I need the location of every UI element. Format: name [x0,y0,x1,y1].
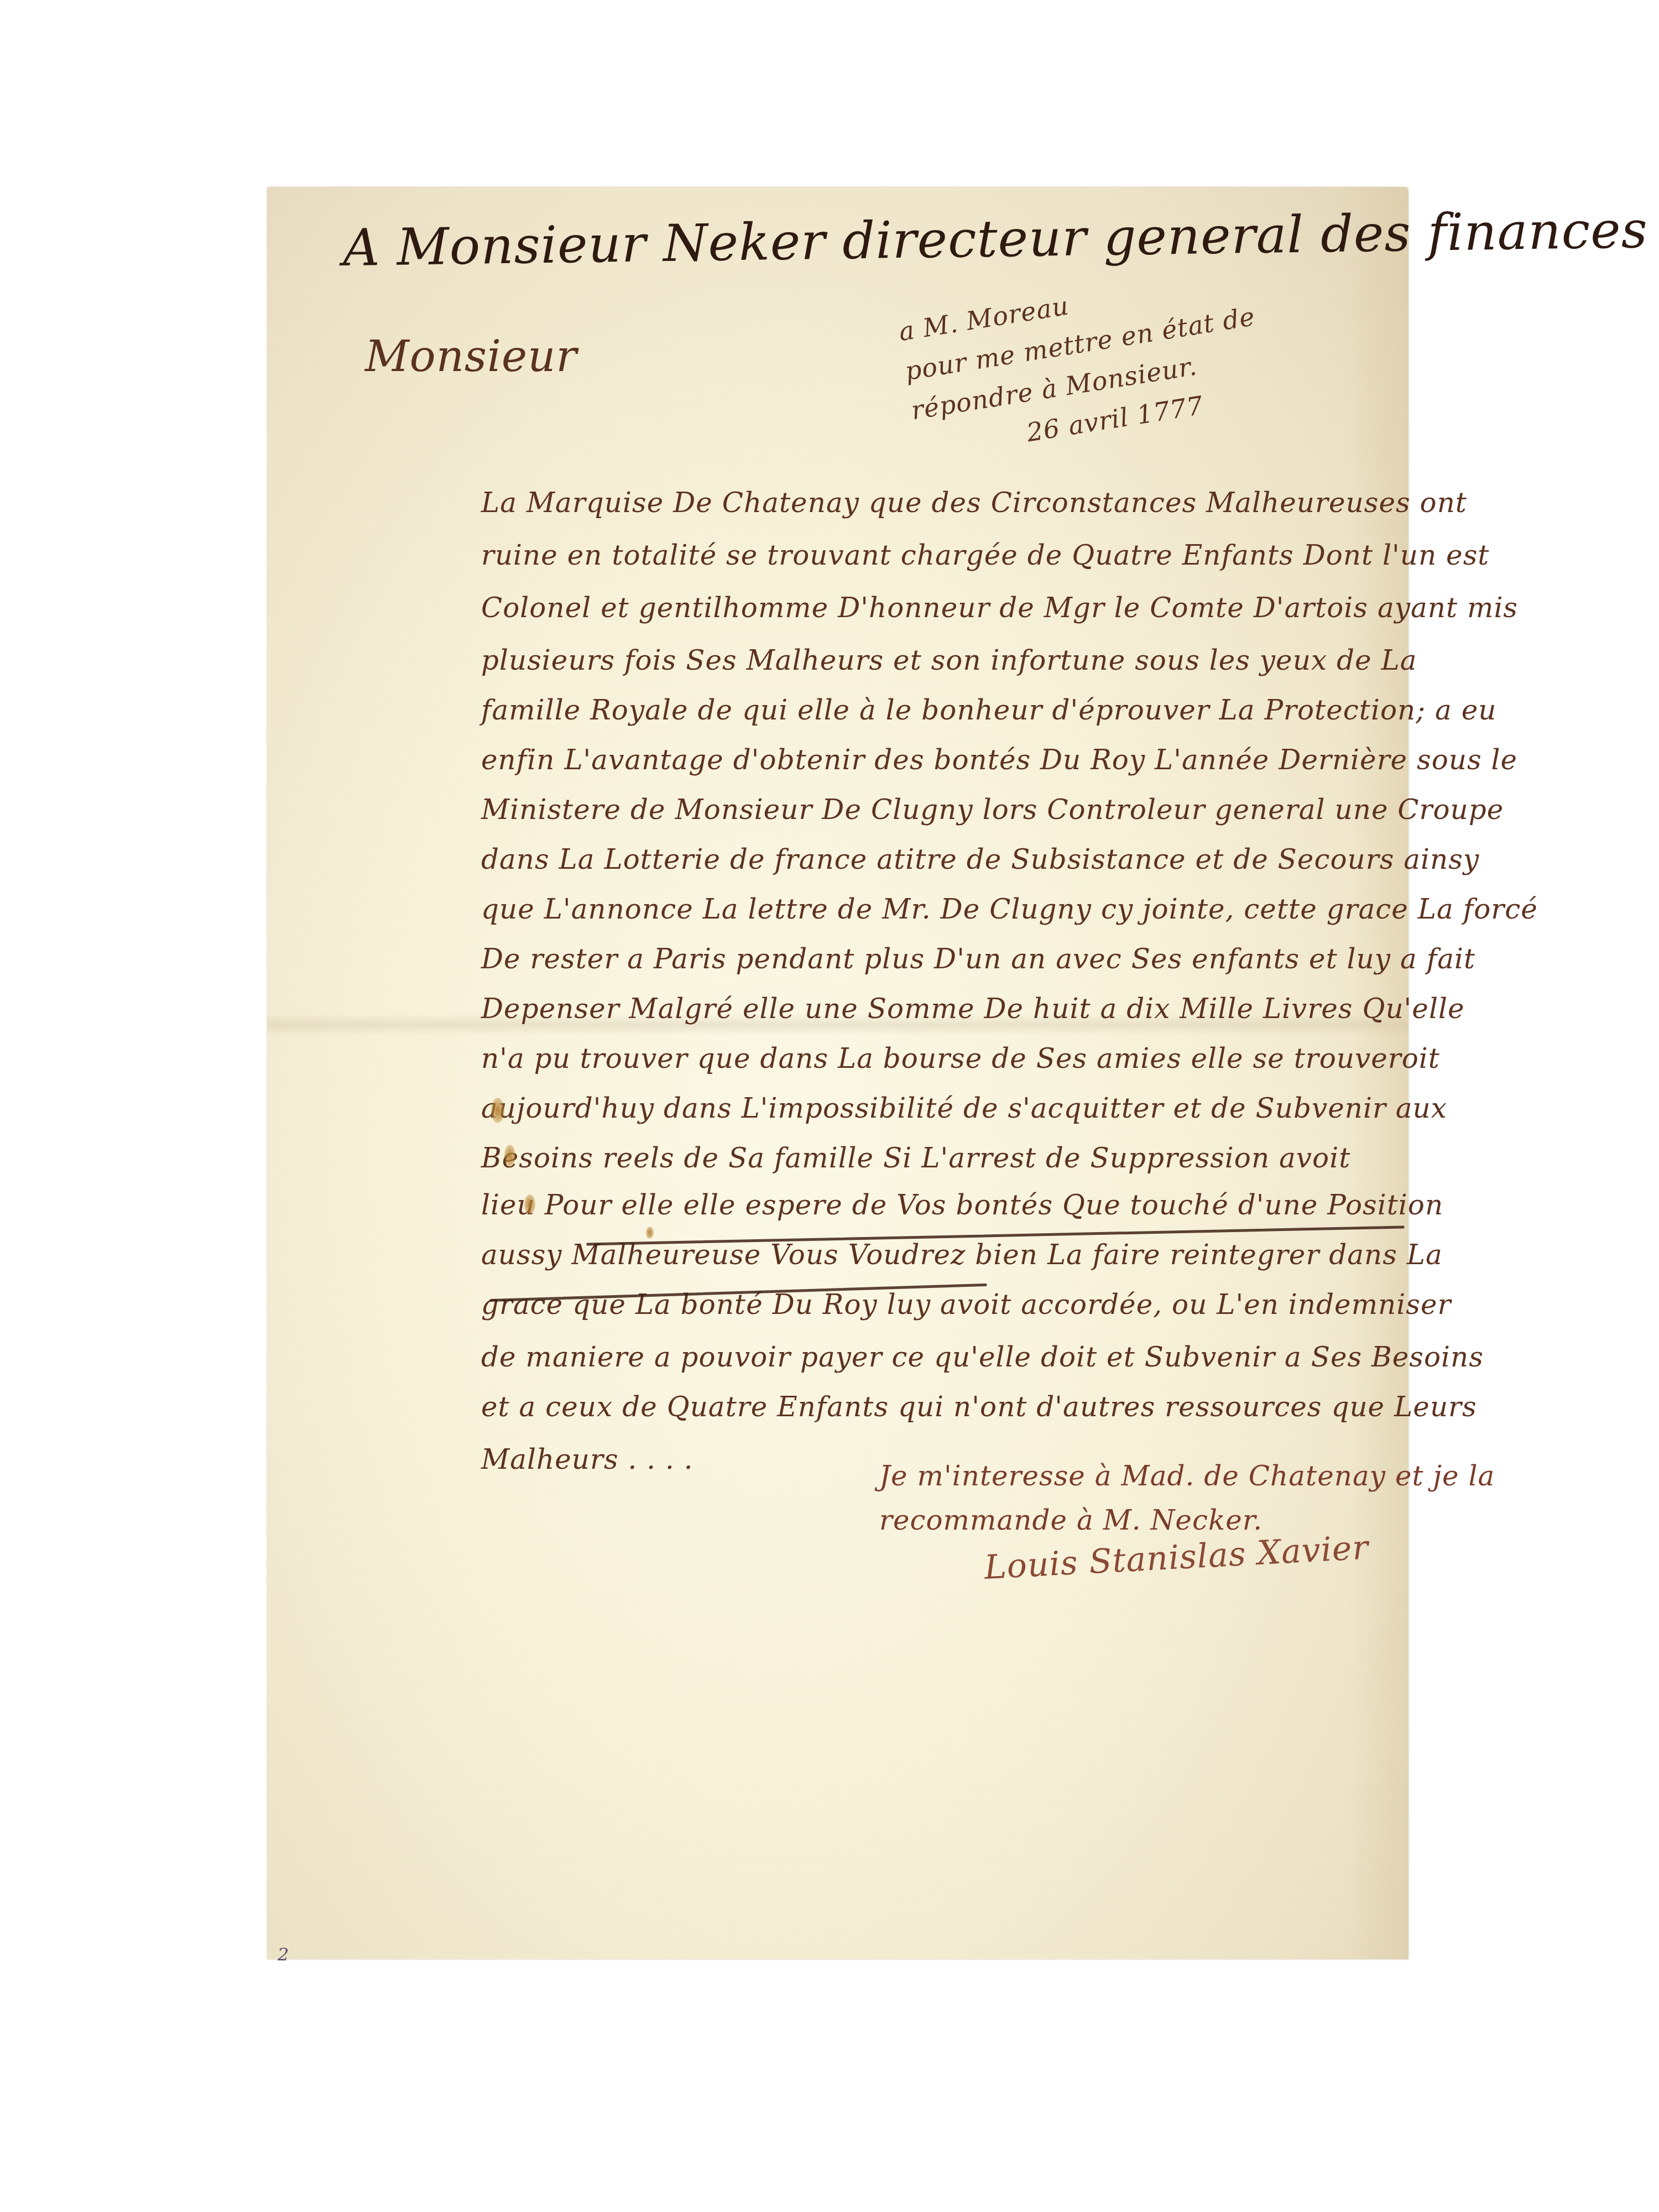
body-line: n'a pu trouver que dans La bourse de Ses… [481,1042,1440,1074]
ink-stain [504,1145,515,1167]
body-line: lieu Pour elle elle espere de Vos bontés… [481,1189,1443,1221]
ink-stain [524,1194,535,1214]
body-line: Malheurs . . . . [481,1443,693,1475]
body-line: La Marquise De Chatenay que des Circonst… [481,487,1467,519]
body-line: Ministere de Monsieur De Clugny lors Con… [481,794,1504,826]
body-line: aujourd'huy dans L'impossibilité de s'ac… [481,1092,1447,1124]
body-line: et a ceux de Quatre Enfants qui n'ont d'… [481,1391,1477,1423]
letter-salutation: Monsieur [365,332,577,382]
postscript-line: Je m'interesse à Mad. de Chatenay et je … [879,1460,1495,1492]
body-line: que L'annonce La lettre de Mr. De Clugny… [481,893,1538,925]
body-line: plusieurs fois Ses Malheurs et son infor… [481,644,1417,676]
body-line: Depenser Malgré elle une Somme De huit a… [481,993,1465,1025]
body-line: De rester a Paris pendant plus D'un an a… [481,943,1475,975]
page-mark: 2 [278,1944,289,1965]
body-line: ruine en totalité se trouvant chargée de… [481,539,1489,571]
body-line: dans La Lotterie de france atitre de Sub… [481,843,1479,875]
body-line: de maniere a pouvoir payer ce qu'elle do… [481,1341,1484,1373]
body-line: Besoins reels de Sa famille Si L'arrest … [481,1142,1350,1174]
body-line: grace que La bonté Du Roy luy avoit acco… [481,1288,1451,1321]
postscript-line: recommande à M. Necker. [879,1504,1262,1536]
body-line: enfin L'avantage d'obtenir des bontés Du… [481,744,1517,776]
ink-stain [491,1098,504,1123]
body-line: Colonel et gentilhomme D'honneur de Mgr … [481,592,1518,624]
body-line: famille Royale de qui elle à le bonheur … [481,694,1496,726]
ink-stain [646,1227,654,1239]
